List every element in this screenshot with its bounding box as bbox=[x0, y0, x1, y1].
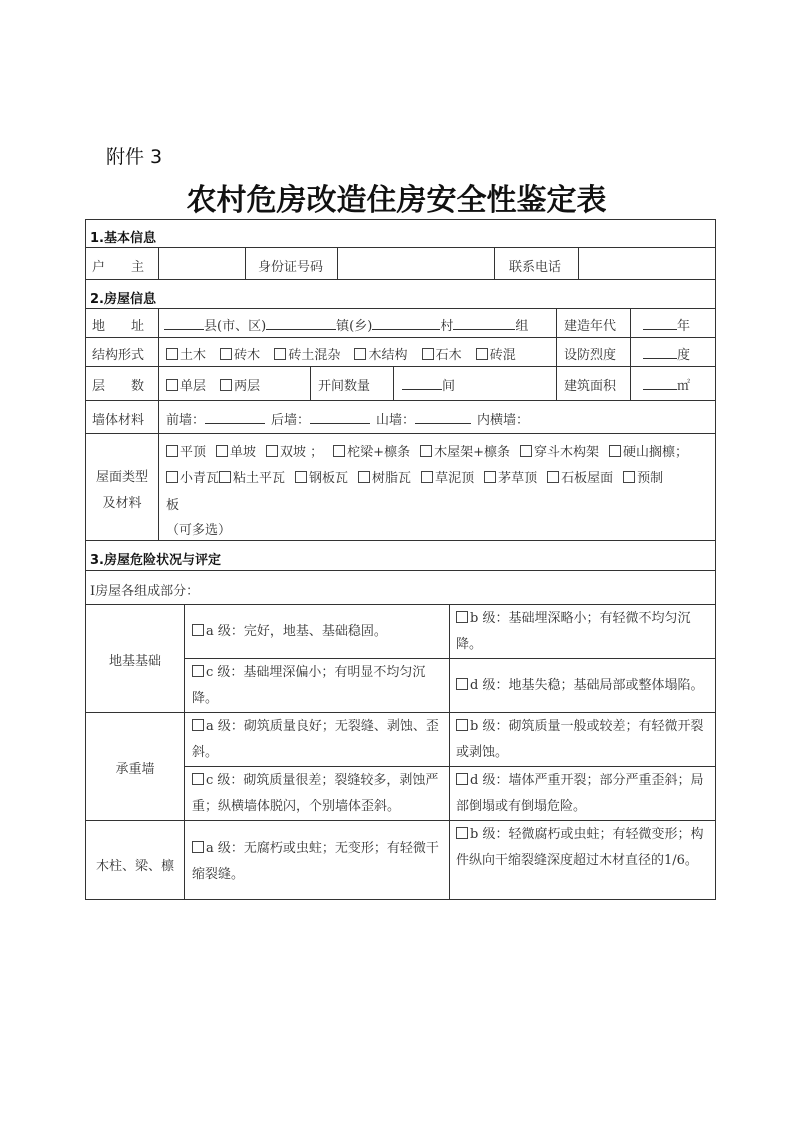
owner-field[interactable] bbox=[159, 248, 245, 279]
col-divider bbox=[393, 366, 394, 400]
address-fields: 县(市、区)镇(乡)村组 bbox=[164, 315, 528, 334]
section-heading-house-info: 2.房屋信息 bbox=[90, 288, 156, 307]
roof-option[interactable]: 小青瓦 bbox=[166, 471, 219, 486]
inner-wall-label: 内横墙： bbox=[477, 413, 529, 428]
area-label: 建筑面积 bbox=[564, 375, 616, 394]
foundation-grade-a[interactable]: a 级：完好，地基、基础稳固。 bbox=[192, 619, 444, 645]
back-wall-label: 后墙： bbox=[271, 413, 310, 428]
floors-label: 层 数 bbox=[92, 375, 144, 394]
checkbox-icon bbox=[456, 719, 468, 731]
owner-label: 户 主 bbox=[92, 256, 144, 275]
bearing-wall-grade-a[interactable]: a 级：砌筑质量良好；无裂缝、剥蚀、歪斜。 bbox=[192, 714, 444, 766]
village-unit: 村 bbox=[440, 319, 453, 334]
area-unit: ㎡ bbox=[677, 379, 690, 394]
row-divider bbox=[85, 400, 716, 401]
checkbox-icon bbox=[192, 665, 204, 677]
phone-field[interactable] bbox=[579, 248, 716, 279]
checkbox-icon bbox=[192, 773, 204, 785]
build-year-unit: 年 bbox=[677, 319, 690, 334]
roof-options-line1: 平顶单坡双坡 ；柁梁+檩条木屋架+檩条穿斗木构架硬山搁檩； bbox=[166, 441, 688, 460]
row-divider bbox=[85, 433, 716, 434]
structure-option-stone-wood[interactable]: 石木 bbox=[422, 348, 462, 363]
row-divider bbox=[85, 279, 716, 280]
roof-multi-select-note: （可多选） bbox=[166, 519, 231, 538]
roof-label-line2: 及材料 bbox=[86, 492, 158, 511]
roof-option[interactable]: 穿斗木构架 bbox=[520, 445, 599, 460]
checkbox-icon bbox=[476, 348, 488, 360]
seismic-input[interactable] bbox=[643, 346, 677, 359]
front-wall-label: 前墙： bbox=[166, 413, 205, 428]
town-input[interactable] bbox=[266, 317, 336, 330]
structure-option-wood[interactable]: 木结构 bbox=[354, 348, 407, 363]
col-divider bbox=[630, 308, 631, 400]
build-year-field: 年 bbox=[643, 315, 690, 334]
walls-label: 墙体材料 bbox=[92, 409, 144, 428]
bays-field: 间 bbox=[402, 375, 455, 394]
components-subheading: Ⅰ房屋各组成部分： bbox=[90, 580, 199, 599]
bays-unit: 间 bbox=[442, 379, 455, 394]
component-foundation-label: 地基基础 bbox=[86, 650, 184, 669]
structure-option-brick-wood[interactable]: 砖木 bbox=[220, 348, 260, 363]
checkbox-icon bbox=[266, 445, 278, 457]
checkbox-icon bbox=[358, 471, 370, 483]
group-input[interactable] bbox=[453, 317, 515, 330]
roof-option[interactable]: 预制 bbox=[623, 471, 663, 486]
checkbox-icon bbox=[192, 841, 204, 853]
checkbox-icon bbox=[456, 611, 468, 623]
checkbox-icon bbox=[219, 471, 231, 483]
checkbox-icon bbox=[220, 379, 232, 391]
roof-option[interactable]: 茅草顶 bbox=[484, 471, 537, 486]
floors-option-two[interactable]: 两层 bbox=[220, 379, 260, 394]
row-divider bbox=[85, 820, 716, 821]
attachment-label: 附件 3 bbox=[106, 142, 162, 169]
roof-option[interactable]: 硬山搁檩； bbox=[609, 445, 688, 460]
bays-input[interactable] bbox=[402, 377, 442, 390]
bays-label: 开间数量 bbox=[318, 375, 370, 394]
col-divider bbox=[184, 604, 185, 900]
gable-wall-input[interactable] bbox=[415, 411, 471, 424]
section-heading-danger-assessment: 3.房屋危险状况与评定 bbox=[90, 549, 221, 568]
structure-label: 结构形式 bbox=[92, 344, 144, 363]
id-number-field[interactable] bbox=[338, 248, 494, 279]
checkbox-icon bbox=[623, 471, 635, 483]
build-year-label: 建造年代 bbox=[564, 315, 616, 334]
bearing-wall-grade-d[interactable]: d 级：墙体严重开裂；部分严重歪斜；局部倒塌或有倒塌危险。 bbox=[456, 768, 712, 820]
timber-grade-a[interactable]: a 级：无腐朽或虫蛀；无变形；有轻微干缩裂缝。 bbox=[192, 836, 444, 888]
foundation-grade-c[interactable]: c 级：基础埋深偏小；有明显不均匀沉降。 bbox=[192, 660, 444, 712]
col-divider bbox=[245, 247, 246, 279]
row-divider bbox=[184, 766, 716, 767]
roof-options-line2: 小青瓦粘土平瓦钢板瓦树脂瓦草泥顶茅草顶石板屋面预制 bbox=[166, 467, 663, 486]
col-divider bbox=[556, 308, 557, 400]
county-unit: 县(市、区) bbox=[204, 319, 266, 334]
section-heading-basic-info: 1.基本信息 bbox=[90, 227, 156, 246]
back-wall-input[interactable] bbox=[310, 411, 370, 424]
checkbox-icon bbox=[192, 719, 204, 731]
roof-option[interactable]: 粘土平瓦 bbox=[219, 471, 285, 486]
checkbox-icon bbox=[274, 348, 286, 360]
checkbox-icon bbox=[166, 348, 178, 360]
roof-option[interactable]: 草泥顶 bbox=[421, 471, 474, 486]
gable-wall-label: 山墙： bbox=[376, 413, 415, 428]
checkbox-icon bbox=[547, 471, 559, 483]
seismic-unit: 度 bbox=[677, 348, 690, 363]
roof-option[interactable]: 单坡 bbox=[216, 445, 256, 460]
roof-options-line3: 板 bbox=[166, 494, 179, 513]
row-divider bbox=[85, 366, 716, 367]
seismic-label: 设防烈度 bbox=[564, 344, 616, 363]
bearing-wall-grade-c[interactable]: c 级：砌筑质量很差；裂缝较多，剥蚀严重；纵横墙体脱闪，个别墙体歪斜。 bbox=[192, 768, 444, 820]
row-divider bbox=[85, 337, 716, 338]
checkbox-icon bbox=[456, 773, 468, 785]
county-input[interactable] bbox=[164, 317, 204, 330]
roof-option[interactable]: 树脂瓦 bbox=[358, 471, 411, 486]
checkbox-icon bbox=[520, 445, 532, 457]
checkbox-icon bbox=[166, 471, 178, 483]
col-divider bbox=[158, 308, 159, 540]
bearing-wall-grade-b[interactable]: b 级：砌筑质量一般或较差；有轻微开裂或剥蚀。 bbox=[456, 714, 712, 766]
page-title: 农村危房改造住房安全性鉴定表 bbox=[0, 175, 793, 219]
checkbox-icon bbox=[484, 471, 496, 483]
structure-option-earth-wood[interactable]: 土木 bbox=[166, 348, 206, 363]
address-label: 地 址 bbox=[92, 315, 144, 334]
col-divider bbox=[449, 604, 450, 900]
row-divider bbox=[85, 570, 716, 571]
floors-option-single[interactable]: 单层 bbox=[166, 379, 206, 394]
component-bearing-wall-label: 承重墙 bbox=[86, 758, 184, 777]
foundation-grade-b[interactable]: b 级：基础埋深略小；有轻微不均匀沉降。 bbox=[456, 606, 712, 658]
checkbox-icon bbox=[220, 348, 232, 360]
timber-grade-b[interactable]: b 级：轻微腐朽或虫蛀；有轻微变形；构件纵向干缩裂缝深度超过木材直径的1/6。 bbox=[456, 822, 712, 874]
roof-option[interactable]: 双坡 ； bbox=[266, 445, 323, 460]
checkbox-icon bbox=[456, 678, 468, 690]
row-divider bbox=[184, 658, 716, 659]
row-divider bbox=[85, 308, 716, 309]
foundation-grade-d[interactable]: d 级：地基失稳；基础局部或整体塌陷。 bbox=[456, 673, 712, 699]
checkbox-icon bbox=[166, 379, 178, 391]
checkbox-icon bbox=[295, 471, 307, 483]
structure-option-mixed[interactable]: 砖土混杂 bbox=[274, 348, 340, 363]
checkbox-icon bbox=[192, 624, 204, 636]
village-input[interactable] bbox=[372, 317, 440, 330]
front-wall-input[interactable] bbox=[205, 411, 265, 424]
checkbox-icon bbox=[421, 471, 433, 483]
phone-label: 联系电话 bbox=[509, 256, 561, 275]
checkbox-icon bbox=[420, 445, 432, 457]
roof-option[interactable]: 木屋架+檩条 bbox=[420, 445, 510, 460]
floors-options: 单层 两层 bbox=[166, 375, 270, 394]
roof-option[interactable]: 柁梁+檩条 bbox=[333, 445, 410, 460]
checkbox-icon bbox=[166, 445, 178, 457]
build-year-input[interactable] bbox=[643, 317, 677, 330]
roof-option[interactable]: 钢板瓦 bbox=[295, 471, 348, 486]
checkbox-icon bbox=[354, 348, 366, 360]
checkbox-icon bbox=[333, 445, 345, 457]
walls-fields: 前墙：后墙：山墙：内横墙： bbox=[166, 409, 529, 428]
col-divider bbox=[310, 366, 311, 400]
roof-option[interactable]: 石板屋面 bbox=[547, 471, 613, 486]
structure-options: 土木 砖木 砖土混杂 木结构 石木 砖混 bbox=[166, 344, 526, 363]
row-divider bbox=[85, 540, 716, 541]
structure-option-brick-concrete[interactable]: 砖混 bbox=[476, 348, 516, 363]
component-timber-label: 木柱、梁、檩 bbox=[86, 855, 184, 874]
roof-option[interactable]: 平顶 bbox=[166, 445, 206, 460]
checkbox-icon bbox=[422, 348, 434, 360]
checkbox-icon bbox=[456, 827, 468, 839]
area-field: ㎡ bbox=[643, 375, 690, 394]
roof-label-line1: 屋面类型 bbox=[86, 466, 158, 485]
seismic-field: 度 bbox=[643, 344, 690, 363]
row-divider bbox=[85, 604, 716, 605]
id-number-label: 身份证号码 bbox=[258, 256, 323, 275]
checkbox-icon bbox=[216, 445, 228, 457]
town-unit: 镇(乡) bbox=[336, 319, 372, 334]
group-unit: 组 bbox=[515, 319, 528, 334]
checkbox-icon bbox=[609, 445, 621, 457]
area-input[interactable] bbox=[643, 377, 677, 390]
row-divider bbox=[85, 712, 716, 713]
col-divider bbox=[494, 247, 495, 279]
